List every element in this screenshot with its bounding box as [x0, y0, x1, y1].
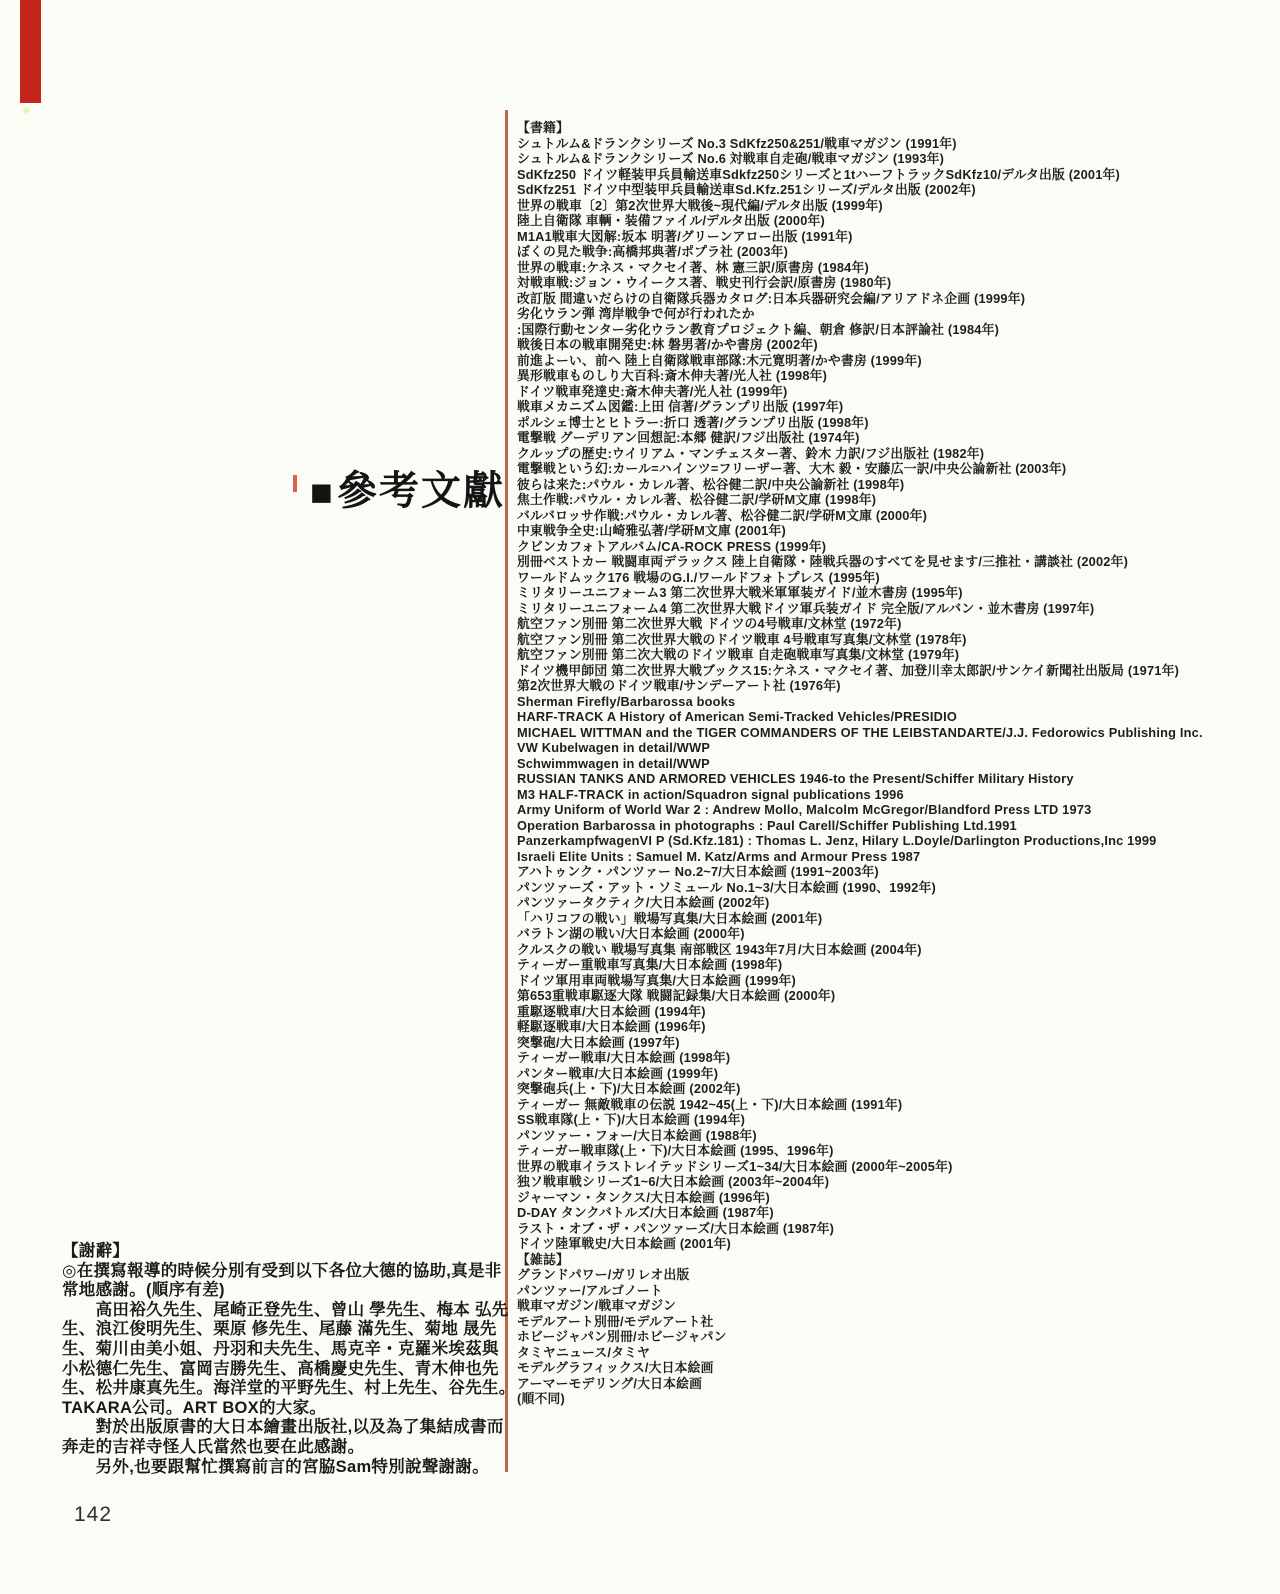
list-item: Israeli Elite Units : Samuel M. Katz/Arm…	[517, 849, 1277, 865]
list-item: 小松德仁先生、富岡吉勝先生、高橋慶史先生、青木伸也先	[62, 1360, 492, 1380]
list-item: 戦車マガジン/戦車マガジン	[517, 1298, 1277, 1314]
magazines-extra-section: モデルグラフィックス/大日本絵画アーマーモデリング/大日本絵画(順不同)	[517, 1360, 1277, 1407]
list-item: 陸上自衛隊 車輌・装備ファイル/デルタ出版 (2000年)	[517, 213, 1277, 229]
page-number: 142	[74, 1503, 112, 1527]
list-item: VW Kubelwagen in detail/WWP	[517, 740, 1277, 756]
list-item: 另外,也要跟幫忙撰寫前言的宮脇Sam特別說聲謝謝。	[62, 1458, 492, 1478]
list-item: Operation Barbarossa in photographs : Pa…	[517, 818, 1277, 834]
list-item: ミリタリーユニフォーム4 第二次世界大戦ドイツ軍兵装ガイド 完全版/アルバン・並…	[517, 601, 1277, 617]
list-item: シュトルム&ドランクシリーズ No.3 SdKfz250&251/戦車マガジン …	[517, 136, 1277, 152]
list-item: M3 HALF-TRACK in action/Squadron signal …	[517, 787, 1277, 803]
acknowledgments-header: 【謝辭】	[62, 1242, 492, 1262]
list-item: ホビージャパン別冊/ホビージャパン	[517, 1329, 1277, 1345]
list-item: TAKARA公司。ART BOX的大家。	[62, 1399, 492, 1419]
list-item: パンツァーズ・アット・ソミュール No.1~3/大日本絵画 (1990、1992…	[517, 880, 1277, 896]
black-square-bullet: ■	[310, 472, 335, 514]
magazines-section: 【雑誌】 グランドパワー/ガリレオ出版パンツァー/アルゴノート戦車マガジン/戦車…	[517, 1252, 1277, 1361]
list-item: 対戦車戦:ジョン・ウイークス著、戦史刊行会訳/原書房 (1980年)	[517, 275, 1277, 291]
list-item: (順不同)	[517, 1391, 1277, 1407]
list-item: ポルシェ博士とヒトラー:折口 透著/グランプリ出版 (1998年)	[517, 415, 1277, 431]
list-item: 前進よーい、前へ 陸上自衛隊戦車部隊:木元寛明著/かや書房 (1999年)	[517, 353, 1277, 369]
list-item: ティーガー 無敵戦車の伝説 1942~45(上・下)/大日本絵画 (1991年)	[517, 1097, 1277, 1113]
list-item: 重駆逐戦車/大日本絵画 (1994年)	[517, 1004, 1277, 1020]
list-item: ◎在撰寫報導的時候分別有受到以下各位大德的協助,真是非	[62, 1262, 492, 1282]
books-section: 【書籍】 シュトルム&ドランクシリーズ No.3 SdKfz250&251/戦車…	[517, 120, 1277, 694]
list-item: クルップの歴史:ウイリアム・マンチェスター著、鈴木 力訳/フジ出版社 (1982…	[517, 446, 1277, 462]
list-item: ドイツ機甲師団 第二次世界大戦ブックス15:ケネス・マクセイ著、加登川幸太郎訳/…	[517, 663, 1277, 679]
list-item: アハトゥンク・パンツァー No.2~7/大日本絵画 (1991~2003年)	[517, 864, 1277, 880]
list-item: ジャーマン・タンクス/大日本絵画 (1996年)	[517, 1190, 1277, 1206]
scanned-book-page: ■參考文獻 【書籍】 シュトルム&ドランクシリーズ No.3 SdKfz250&…	[0, 0, 1280, 1594]
list-item: ドイツ軍用車両戦場写真集/大日本絵画 (1999年)	[517, 973, 1277, 989]
list-item: モデルアート別冊/モデルアート社	[517, 1314, 1277, 1330]
list-item: ラスト・オブ・ザ・パンツァーズ/大日本絵画 (1987年)	[517, 1221, 1277, 1237]
list-item: ドイツ陸軍戦史/大日本絵画 (2001年)	[517, 1236, 1277, 1252]
scan-artifact-dot	[22, 106, 31, 115]
list-item: 中東戦争全史:山崎雅弘著/学研M文庫 (2001年)	[517, 523, 1277, 539]
magazines-extra-list: モデルグラフィックス/大日本絵画アーマーモデリング/大日本絵画(順不同)	[517, 1360, 1277, 1407]
list-item: 航空ファン別冊 第二次世界大戦 ドイツの4号戦車/文林堂 (1972年)	[517, 616, 1277, 632]
acknowledgments-block: 【謝辭】 ◎在撰寫報導的時候分別有受到以下各位大德的協助,真是非常地感謝。(順序…	[62, 1242, 492, 1477]
list-item: 改訂版 間違いだらけの自衛隊兵器カタログ:日本兵器研究会編/アリアドネ企画 (1…	[517, 291, 1277, 307]
list-item: 航空ファン別冊 第二次世界大戦のドイツ戦車 4号戦車写真集/文林堂 (1978年…	[517, 632, 1277, 648]
list-item: MICHAEL WITTMAN and the TIGER COMMANDERS…	[517, 725, 1277, 741]
references-column: 【書籍】 シュトルム&ドランクシリーズ No.3 SdKfz250&251/戦車…	[517, 120, 1277, 1407]
list-item: バラトン湖の戦い/大日本絵画 (2000年)	[517, 926, 1277, 942]
list-item: ティーガー重戦車写真集/大日本絵画 (1998年)	[517, 957, 1277, 973]
list-item: パンツァー・フォー/大日本絵画 (1988年)	[517, 1128, 1277, 1144]
list-item: ドイツ戦車発達史:斎木伸夫著/光人社 (1999年)	[517, 384, 1277, 400]
list-item: 戦後日本の戦車開発史:林 磐男著/かや書房 (2002年)	[517, 337, 1277, 353]
books-section-header: 【書籍】	[517, 120, 1277, 136]
list-item: パンツァータクティク/大日本絵画 (2002年)	[517, 895, 1277, 911]
magazines-list: グランドパワー/ガリレオ出版パンツァー/アルゴノート戦車マガジン/戦車マガジンモ…	[517, 1267, 1277, 1360]
list-item: HARF-TRACK A History of American Semi-Tr…	[517, 709, 1277, 725]
list-item: SS戦車隊(上・下)/大日本絵画 (1994年)	[517, 1112, 1277, 1128]
list-item: 航空ファン別冊 第二次大戦のドイツ戦車 自走砲戦車写真集/文林堂 (1979年)	[517, 647, 1277, 663]
list-item: SdKfz251 ドイツ中型装甲兵員輸送車Sd.Kfz.251シリーズ/デルタ出…	[517, 182, 1277, 198]
list-item: Army Uniform of World War 2 : Andrew Mol…	[517, 802, 1277, 818]
list-item: 独ソ戦車戦シリーズ1~6/大日本絵画 (2003年~2004年)	[517, 1174, 1277, 1190]
list-item: 突撃砲/大日本絵画 (1997年)	[517, 1035, 1277, 1051]
list-item: 「ハリコフの戦い」戦場写真集/大日本絵画 (2001年)	[517, 911, 1277, 927]
list-item: 軽駆逐戦車/大日本絵画 (1996年)	[517, 1019, 1277, 1035]
books-list: シュトルム&ドランクシリーズ No.3 SdKfz250&251/戦車マガジン …	[517, 136, 1277, 694]
list-item: タミヤニュース/タミヤ	[517, 1345, 1277, 1361]
section-heading-references: ■參考文獻	[310, 459, 505, 516]
list-item: PanzerkampfwagenVI P (Sd.Kfz.181) : Thom…	[517, 833, 1277, 849]
column-rule	[505, 110, 508, 1472]
list-item: グランドパワー/ガリレオ出版	[517, 1267, 1277, 1283]
dainippon-books-list: アハトゥンク・パンツァー No.2~7/大日本絵画 (1991~2003年)パン…	[517, 864, 1277, 1252]
list-item: 世界の戦車:ケネス・マクセイ著、林 憲三訳/原書房 (1984年)	[517, 260, 1277, 276]
list-item: RUSSIAN TANKS AND ARMORED VEHICLES 1946-…	[517, 771, 1277, 787]
list-item: 戦車メカニズム図鑑:上田 信著/グランプリ出版 (1997年)	[517, 399, 1277, 415]
list-item: 世界の戦車イラストレイテッドシリーズ1~34/大日本絵画 (2000年~2005…	[517, 1159, 1277, 1175]
list-item: 世界の戦車〔2〕第2次世界大戦後~現代編/デルタ出版 (1999年)	[517, 198, 1277, 214]
list-item: 電撃戦という幻:カール=ハインツ=フリーザー著、大木 毅・安藤広一訳/中央公論新…	[517, 461, 1277, 477]
list-item: 生、松井康真先生。海洋堂的平野先生、村上先生、谷先生。	[62, 1379, 492, 1399]
list-item: 異形戦車ものしり大百科:斎木伸夫著/光人社 (1998年)	[517, 368, 1277, 384]
list-item: ティーガー戦車隊(上・下)/大日本絵画 (1995、1996年)	[517, 1143, 1277, 1159]
list-item: 奔走的吉祥寺怪人氏當然也要在此感謝。	[62, 1438, 492, 1458]
list-item: パンター戦車/大日本絵画 (1999年)	[517, 1066, 1277, 1082]
list-item: 第2次世界大戦のドイツ戦車/サンデーアート社 (1976年)	[517, 678, 1277, 694]
list-item: ミリタリーユニフォーム3 第二次世界大戦米軍軍装ガイド/並木書房 (1995年)	[517, 585, 1277, 601]
magazines-section-header: 【雑誌】	[517, 1252, 1277, 1268]
red-corner-bar	[20, 0, 41, 103]
dainippon-books-section: アハトゥンク・パンツァー No.2~7/大日本絵画 (1991~2003年)パン…	[517, 864, 1277, 1252]
list-item: Schwimmwagen in detail/WWP	[517, 756, 1277, 772]
section-heading-text: 參考文獻	[337, 469, 505, 513]
list-item: バルバロッサ作戦:パウル・カレル著、松谷健二訳/学研M文庫 (2000年)	[517, 508, 1277, 524]
list-item: :国際行動センター劣化ウラン教育プロジェクト編、朝倉 修訳/日本評論社 (198…	[517, 322, 1277, 338]
list-item: 電撃戦 グーデリアン回想記:本郷 健訳/フジ出版社 (1974年)	[517, 430, 1277, 446]
list-item: SdKfz250 ドイツ軽装甲兵員輸送車Sdkfz250シリーズと1tハーフトラ…	[517, 167, 1277, 183]
list-item: D-DAY タンクバトルズ/大日本絵画 (1987年)	[517, 1205, 1277, 1221]
list-item: アーマーモデリング/大日本絵画	[517, 1376, 1277, 1392]
list-item: 焦土作戦:パウル・カレル著、松谷健二訳/学研M文庫 (1998年)	[517, 492, 1277, 508]
list-item: 彼らは来た:パウル・カレル著、松谷健二訳/中央公論新社 (1998年)	[517, 477, 1277, 493]
english-books-section: Sherman Firefly/Barbarossa booksHARF-TRA…	[517, 694, 1277, 865]
list-item: クビンカフォトアルバム/CA-ROCK PRESS (1999年)	[517, 539, 1277, 555]
list-item: Sherman Firefly/Barbarossa books	[517, 694, 1277, 710]
acknowledgments-lines: ◎在撰寫報導的時候分別有受到以下各位大德的協助,真是非常地感謝。(順序有差) 高…	[62, 1262, 492, 1478]
list-item: クルスクの戦い 戦場写真集 南部戦区 1943年7月/大日本絵画 (2004年)	[517, 942, 1277, 958]
list-item: 生、浪江俊明先生、栗原 修先生、尾藤 滿先生、菊地 晟先	[62, 1320, 492, 1340]
list-item: M1A1戦車大図解:坂本 明著/グリーンアロー出版 (1991年)	[517, 229, 1277, 245]
list-item: 常地感謝。(順序有差)	[62, 1281, 492, 1301]
list-item: ぼくの見た戦争:高橋邦典著/ポプラ社 (2003年)	[517, 244, 1277, 260]
scan-artifact-speck	[293, 475, 297, 492]
list-item: ワールドムック176 戦場のG.I./ワールドフォトプレス (1995年)	[517, 570, 1277, 586]
list-item: 別冊ベストカー 戦闘車両デラックス 陸上自衛隊・陸戦兵器のすべてを見せます/三推…	[517, 554, 1277, 570]
list-item: 劣化ウラン弾 湾岸戦争で何が行われたか	[517, 306, 1277, 322]
english-books-list: Sherman Firefly/Barbarossa booksHARF-TRA…	[517, 694, 1277, 865]
list-item: 突撃砲兵(上・下)/大日本絵画 (2002年)	[517, 1081, 1277, 1097]
list-item: 高田裕久先生、尾崎正登先生、曾山 學先生、梅本 弘先	[62, 1301, 492, 1321]
list-item: シュトルム&ドランクシリーズ No.6 対戦車自走砲/戦車マガジン (1993年…	[517, 151, 1277, 167]
list-item: パンツァー/アルゴノート	[517, 1283, 1277, 1299]
list-item: 生、菊川由美小姐、丹羽和夫先生、馬克辛・克羅米埃茲與	[62, 1340, 492, 1360]
list-item: モデルグラフィックス/大日本絵画	[517, 1360, 1277, 1376]
list-item: ティーガー戦車/大日本絵画 (1998年)	[517, 1050, 1277, 1066]
list-item: 第653重戦車駆逐大隊 戦闘記録集/大日本絵画 (2000年)	[517, 988, 1277, 1004]
list-item: 對於出版原書的大日本繪畫出版社,以及為了集結成書而	[62, 1418, 492, 1438]
